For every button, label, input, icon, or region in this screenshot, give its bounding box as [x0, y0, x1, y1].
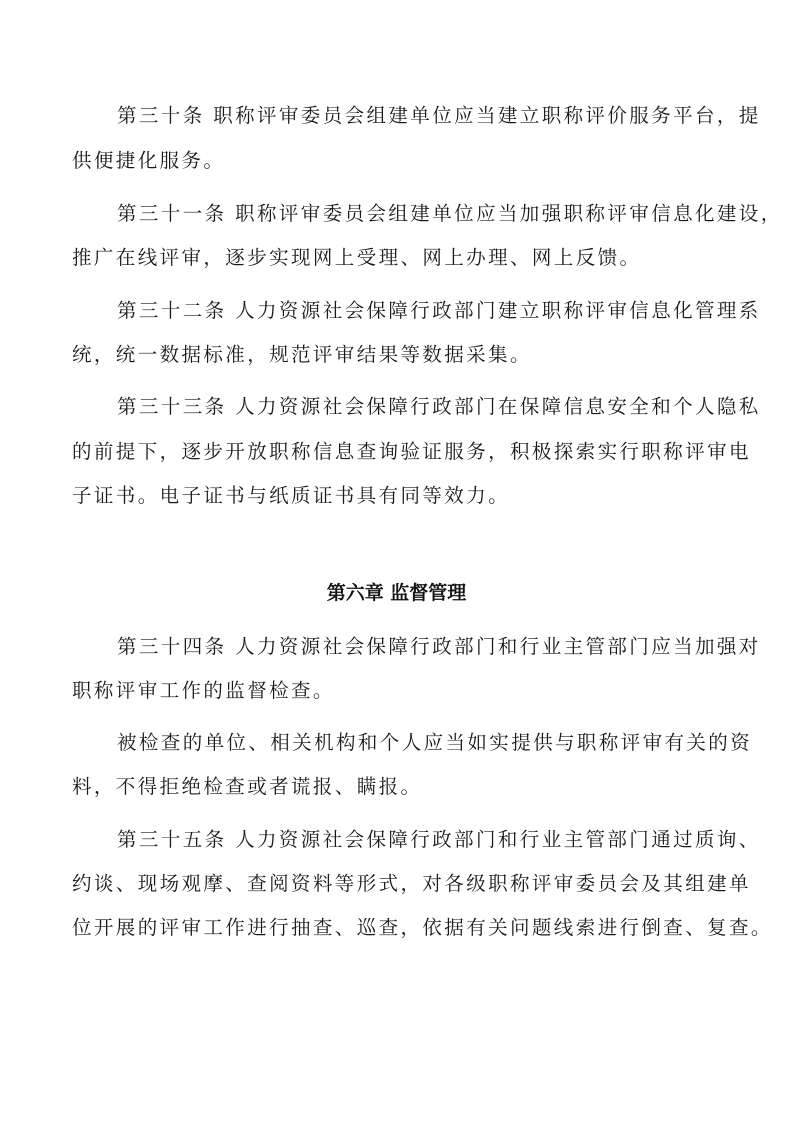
paragraph-line: 子证书。电子证书与纸质证书具有同等效力。 — [72, 484, 732, 508]
chapter-heading: 第六章 监督管理 — [0, 581, 793, 605]
paragraph-line: 位开展的评审工作进行抽查、巡查，依据有关问题线索进行倒查、复查。 — [72, 916, 732, 940]
paragraph-line: 第三十一条 职称评审委员会组建单位应当加强职称评审信息化建设， — [117, 202, 777, 226]
paragraph-line: 第三十二条 人力资源社会保障行政部门建立职称评审信息化管理系 — [117, 299, 777, 323]
paragraph-line: 职称评审工作的监督检查。 — [72, 679, 732, 703]
paragraph-line: 第三十四条 人力资源社会保障行政部门和行业主管部门应当加强对 — [117, 635, 777, 659]
paragraph-line: 的前提下，逐步开放职称信息查询验证服务，积极探索实行职称评审电 — [72, 440, 732, 464]
paragraph-line: 第三十三条 人力资源社会保障行政部门在保障信息安全和个人隐私 — [117, 395, 777, 419]
paragraph-line: 第三十条 职称评审委员会组建单位应当建立职称评价服务平台，提 — [117, 104, 777, 128]
paragraph-line: 被检查的单位、相关机构和个人应当如实提供与职称评审有关的资 — [117, 731, 777, 755]
paragraph-line: 推广在线评审，逐步实现网上受理、网上办理、网上反馈。 — [72, 246, 732, 270]
paragraph-line: 约谈、现场观摩、查阅资料等形式，对各级职称评审委员会及其组建单 — [72, 872, 732, 896]
document-page: 第三十条 职称评审委员会组建单位应当建立职称评价服务平台，提 供便捷化服务。 第… — [0, 0, 793, 1122]
paragraph-line: 供便捷化服务。 — [72, 149, 732, 173]
paragraph-line: 统，统一数据标准，规范评审结果等数据采集。 — [72, 343, 732, 367]
paragraph-line: 第三十五条 人力资源社会保障行政部门和行业主管部门通过质询、 — [117, 828, 777, 852]
paragraph-line: 料，不得拒绝检查或者谎报、瞒报。 — [72, 775, 732, 799]
